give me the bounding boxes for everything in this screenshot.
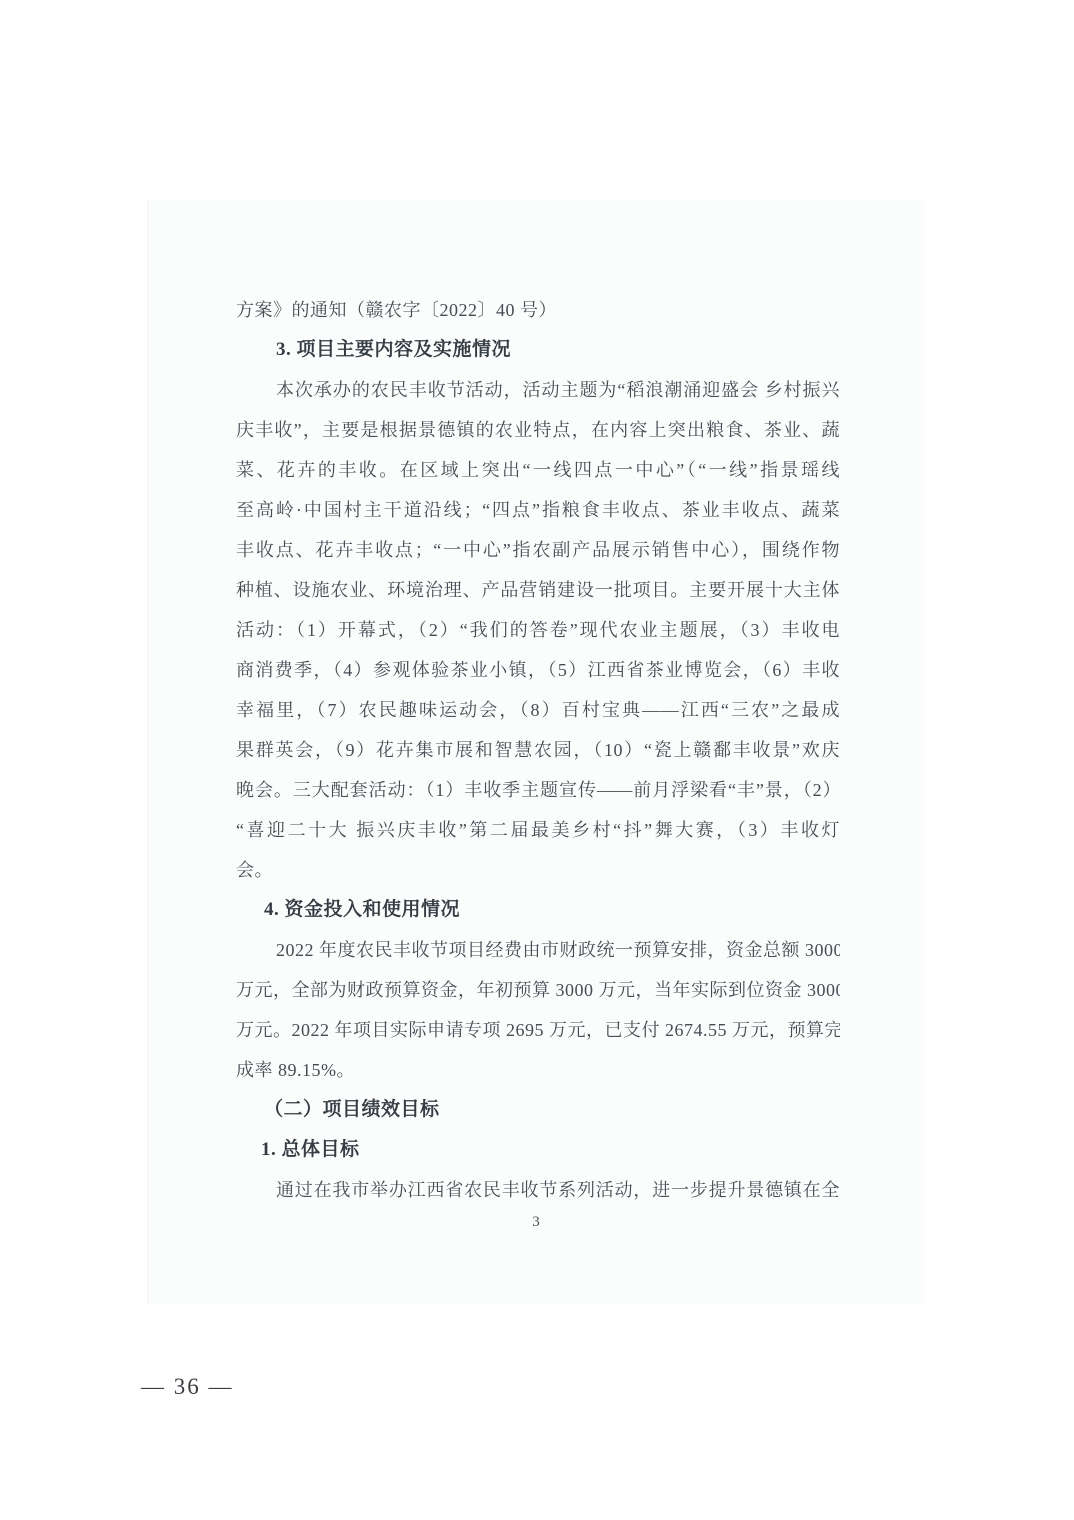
paragraph-line: 庆丰收”，主要是根据景德镇的农业特点，在内容上突出粮食、茶业、蔬 <box>236 410 840 450</box>
paragraph-line: 幸福里，（7）农民趣味运动会，（8）百村宝典——江西“三农”之最成 <box>236 690 840 730</box>
paragraph-line: “喜迎二十大 振兴庆丰收”第二届最美乡村“抖”舞大赛，（3）丰收灯 <box>236 810 840 850</box>
paragraph-line: 本次承办的农民丰收节活动，活动主题为“稻浪潮涌迎盛会 乡村振兴 <box>236 370 840 410</box>
paragraph-line: 万元。2022 年项目实际申请专项 2695 万元，已支付 2674.55 万元… <box>236 1010 840 1050</box>
continuation-line: 方案》的通知（赣农字〔2022〕40 号） <box>236 290 840 330</box>
scanned-document-page: 方案》的通知（赣农字〔2022〕40 号） 3. 项目主要内容及实施情况 本次承… <box>147 200 924 1305</box>
footer-page-number: — 36 — <box>141 1372 234 1402</box>
paragraph-line: 成率 89.15%。 <box>236 1050 840 1090</box>
paragraph-line: 晚会。三大配套活动：（1）丰收季主题宣传——前月浮梁看“丰”景，（2） <box>236 770 840 810</box>
document-text-column: 方案》的通知（赣农字〔2022〕40 号） 3. 项目主要内容及实施情况 本次承… <box>236 290 840 1210</box>
section-heading-3: 3. 项目主要内容及实施情况 <box>236 330 840 370</box>
paragraph-line: 种植、设施农业、环境治理、产品营销建设一批项目。主要开展十大主体 <box>236 570 840 610</box>
subsection-heading-1: 1. 总体目标 <box>236 1130 840 1170</box>
paragraph-line: 通过在我市举办江西省农民丰收节系列活动，进一步提升景德镇在全 <box>236 1170 840 1210</box>
paragraph-line: 果群英会，（9）花卉集市展和智慧农园，（10）“瓷上赣鄱丰收景”欢庆 <box>236 730 840 770</box>
paragraph-line: 至高岭·中国村主干道沿线；“四点”指粮食丰收点、茶业丰收点、蔬菜 <box>236 490 840 530</box>
paragraph-line: 2022 年度农民丰收节项目经费由市财政统一预算安排，资金总额 3000 <box>236 930 840 970</box>
paragraph-line: 商消费季，（4）参观体验茶业小镇，（5）江西省茶业博览会，（6）丰收 <box>236 650 840 690</box>
paragraph-line: 菜、花卉的丰收。在区域上突出“一线四点一中心”（“一线”指景瑶线 <box>236 450 840 490</box>
paragraph-line: 万元，全部为财政预算资金，年初预算 3000 万元，当年实际到位资金 3000 <box>236 970 840 1010</box>
section-heading-2: （二）项目绩效目标 <box>236 1090 840 1130</box>
sheet-page-number: 3 <box>148 1212 924 1232</box>
paragraph-line: 会。 <box>236 850 840 890</box>
paragraph-line: 丰收点、花卉丰收点；“一中心”指农副产品展示销售中心），围绕作物 <box>236 530 840 570</box>
paragraph-line: 活动：（1）开幕式，（2）“我们的答卷”现代农业主题展，（3）丰收电 <box>236 610 840 650</box>
section-heading-4: 4. 资金投入和使用情况 <box>236 890 840 930</box>
